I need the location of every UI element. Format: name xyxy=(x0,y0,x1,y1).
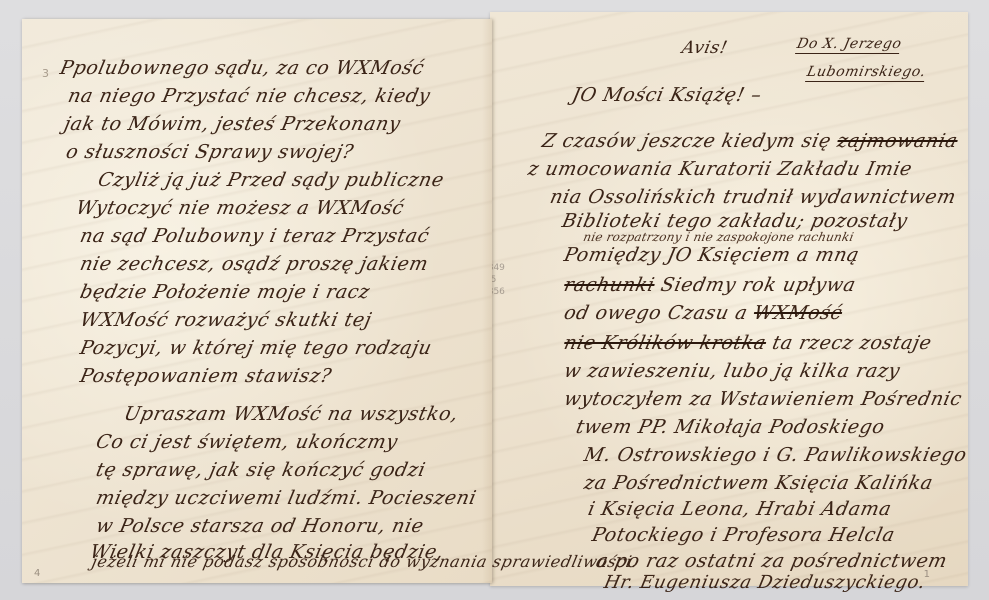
letter-line: wytoczyłem za Wstawieniem Pośrednic xyxy=(562,388,964,410)
letter-line: Ppolubownego sądu, za co WXMość xyxy=(58,57,426,79)
salutation: JO Mości Książę! – xyxy=(570,84,764,106)
text-fragment: Z czasów jeszcze kiedym się xyxy=(540,130,840,152)
letter-page-right: 1849 5 1856 Avis! Do X. Jerzego Lubomirs… xyxy=(490,12,968,586)
letter-line: Upraszam WXMość na wszystko, xyxy=(122,403,460,425)
letter-line: na sąd Polubowny i teraz Przystać xyxy=(78,225,431,247)
struck-word: rachunki xyxy=(562,274,657,296)
letter-line: z umocowania Kuratorii Zakładu Imie xyxy=(526,158,914,180)
text-fragment: Siedmy rok upływa xyxy=(652,274,858,296)
letter-line: między uczciwemi ludźmi. Pocieszeni xyxy=(94,487,479,509)
closing-line-spanning-pages: jeżeli mi nie podasz sposobności do wyzn… xyxy=(90,552,640,571)
letter-line: nie zechcesz, osądź proszę jakiem xyxy=(78,253,430,275)
letter-line: Potockiego i Profesora Helcla xyxy=(590,524,897,546)
letter-line: Co ci jest świętem, ukończmy xyxy=(94,431,400,453)
letter-line: od owego Czasu a WXMość xyxy=(562,302,844,324)
letter-page-left: 3 Ppolubownego sądu, za co WXMość na nie… xyxy=(22,19,492,583)
addressee-line-2: Lubomirskiego. xyxy=(805,64,927,82)
letter-line: nie Królików krotka ta rzecz zostaje xyxy=(562,332,934,354)
letter-line: Pomiędzy JO Księciem a mną xyxy=(562,244,861,266)
letter-line: nia Ossolińskich trudnił wydawnictwem xyxy=(548,186,958,208)
letter-line: na niego Przystać nie chcesz, kiedy xyxy=(66,85,432,107)
addressee-line-1: Do X. Jerzego xyxy=(795,36,903,54)
greeting-avis: Avis! xyxy=(680,38,729,58)
letter-line: będzie Położenie moje i racz xyxy=(78,281,372,303)
document-scan: 1849 5 1856 Avis! Do X. Jerzego Lubomirs… xyxy=(0,0,989,600)
letter-line: jak to Mówim, jesteś Przekonany xyxy=(62,113,403,135)
struck-word: WXMość xyxy=(752,302,845,324)
letter-line: Czyliż ją już Przed sądy publiczne xyxy=(96,169,446,191)
interlinear-insertion: nie rozpatrzony i nie zaspokojone rachun… xyxy=(582,230,855,244)
side-mark: 3 xyxy=(42,67,49,80)
page-number: 1 xyxy=(924,569,930,580)
letter-line: Pozycyi, w której mię tego rodzaju xyxy=(78,337,434,359)
letter-line: a po raz ostatni za pośrednictwem xyxy=(594,550,949,572)
text-fragment: od owego Czasu a xyxy=(562,302,756,324)
letter-line: twem PP. Mikołaja Podoskiego xyxy=(574,416,887,438)
letter-line: rachunki Siedmy rok upływa xyxy=(562,274,858,296)
letter-line: Biblioteki tego zakładu; pozostały xyxy=(560,210,910,232)
letter-line: WXMość rozważyć skutki tej xyxy=(78,309,374,331)
letter-line: M. Ostrowskiego i G. Pawlikowskiego xyxy=(582,444,969,466)
letter-line: Z czasów jeszcze kiedym się zajmowania xyxy=(540,130,960,152)
page-number: 4 xyxy=(34,568,40,579)
letter-line: i Księcia Leona, Hrabi Adama xyxy=(586,498,894,520)
letter-line: tę sprawę, jak się kończyć godzi xyxy=(94,459,428,481)
letter-line: za Pośrednictwem Księcia Kalińka xyxy=(582,472,935,494)
text-fragment: ta rzecz zostaje xyxy=(764,332,934,354)
letter-line: Hr. Eugeniusza Dzieduszyckiego. xyxy=(602,572,927,593)
letter-line: w zawieszeniu, lubo ją kilka razy xyxy=(562,360,902,382)
letter-line: Wytoczyć nie możesz a WXMość xyxy=(74,197,406,219)
letter-line: w Polsce starsza od Honoru, nie xyxy=(94,515,426,537)
letter-line: Postępowaniem stawisz? xyxy=(78,365,334,387)
struck-word: nie Królików krotka xyxy=(562,332,768,354)
letter-line: o słuszności Sprawy swojej? xyxy=(64,141,356,163)
struck-word: zajmowania xyxy=(835,130,960,152)
